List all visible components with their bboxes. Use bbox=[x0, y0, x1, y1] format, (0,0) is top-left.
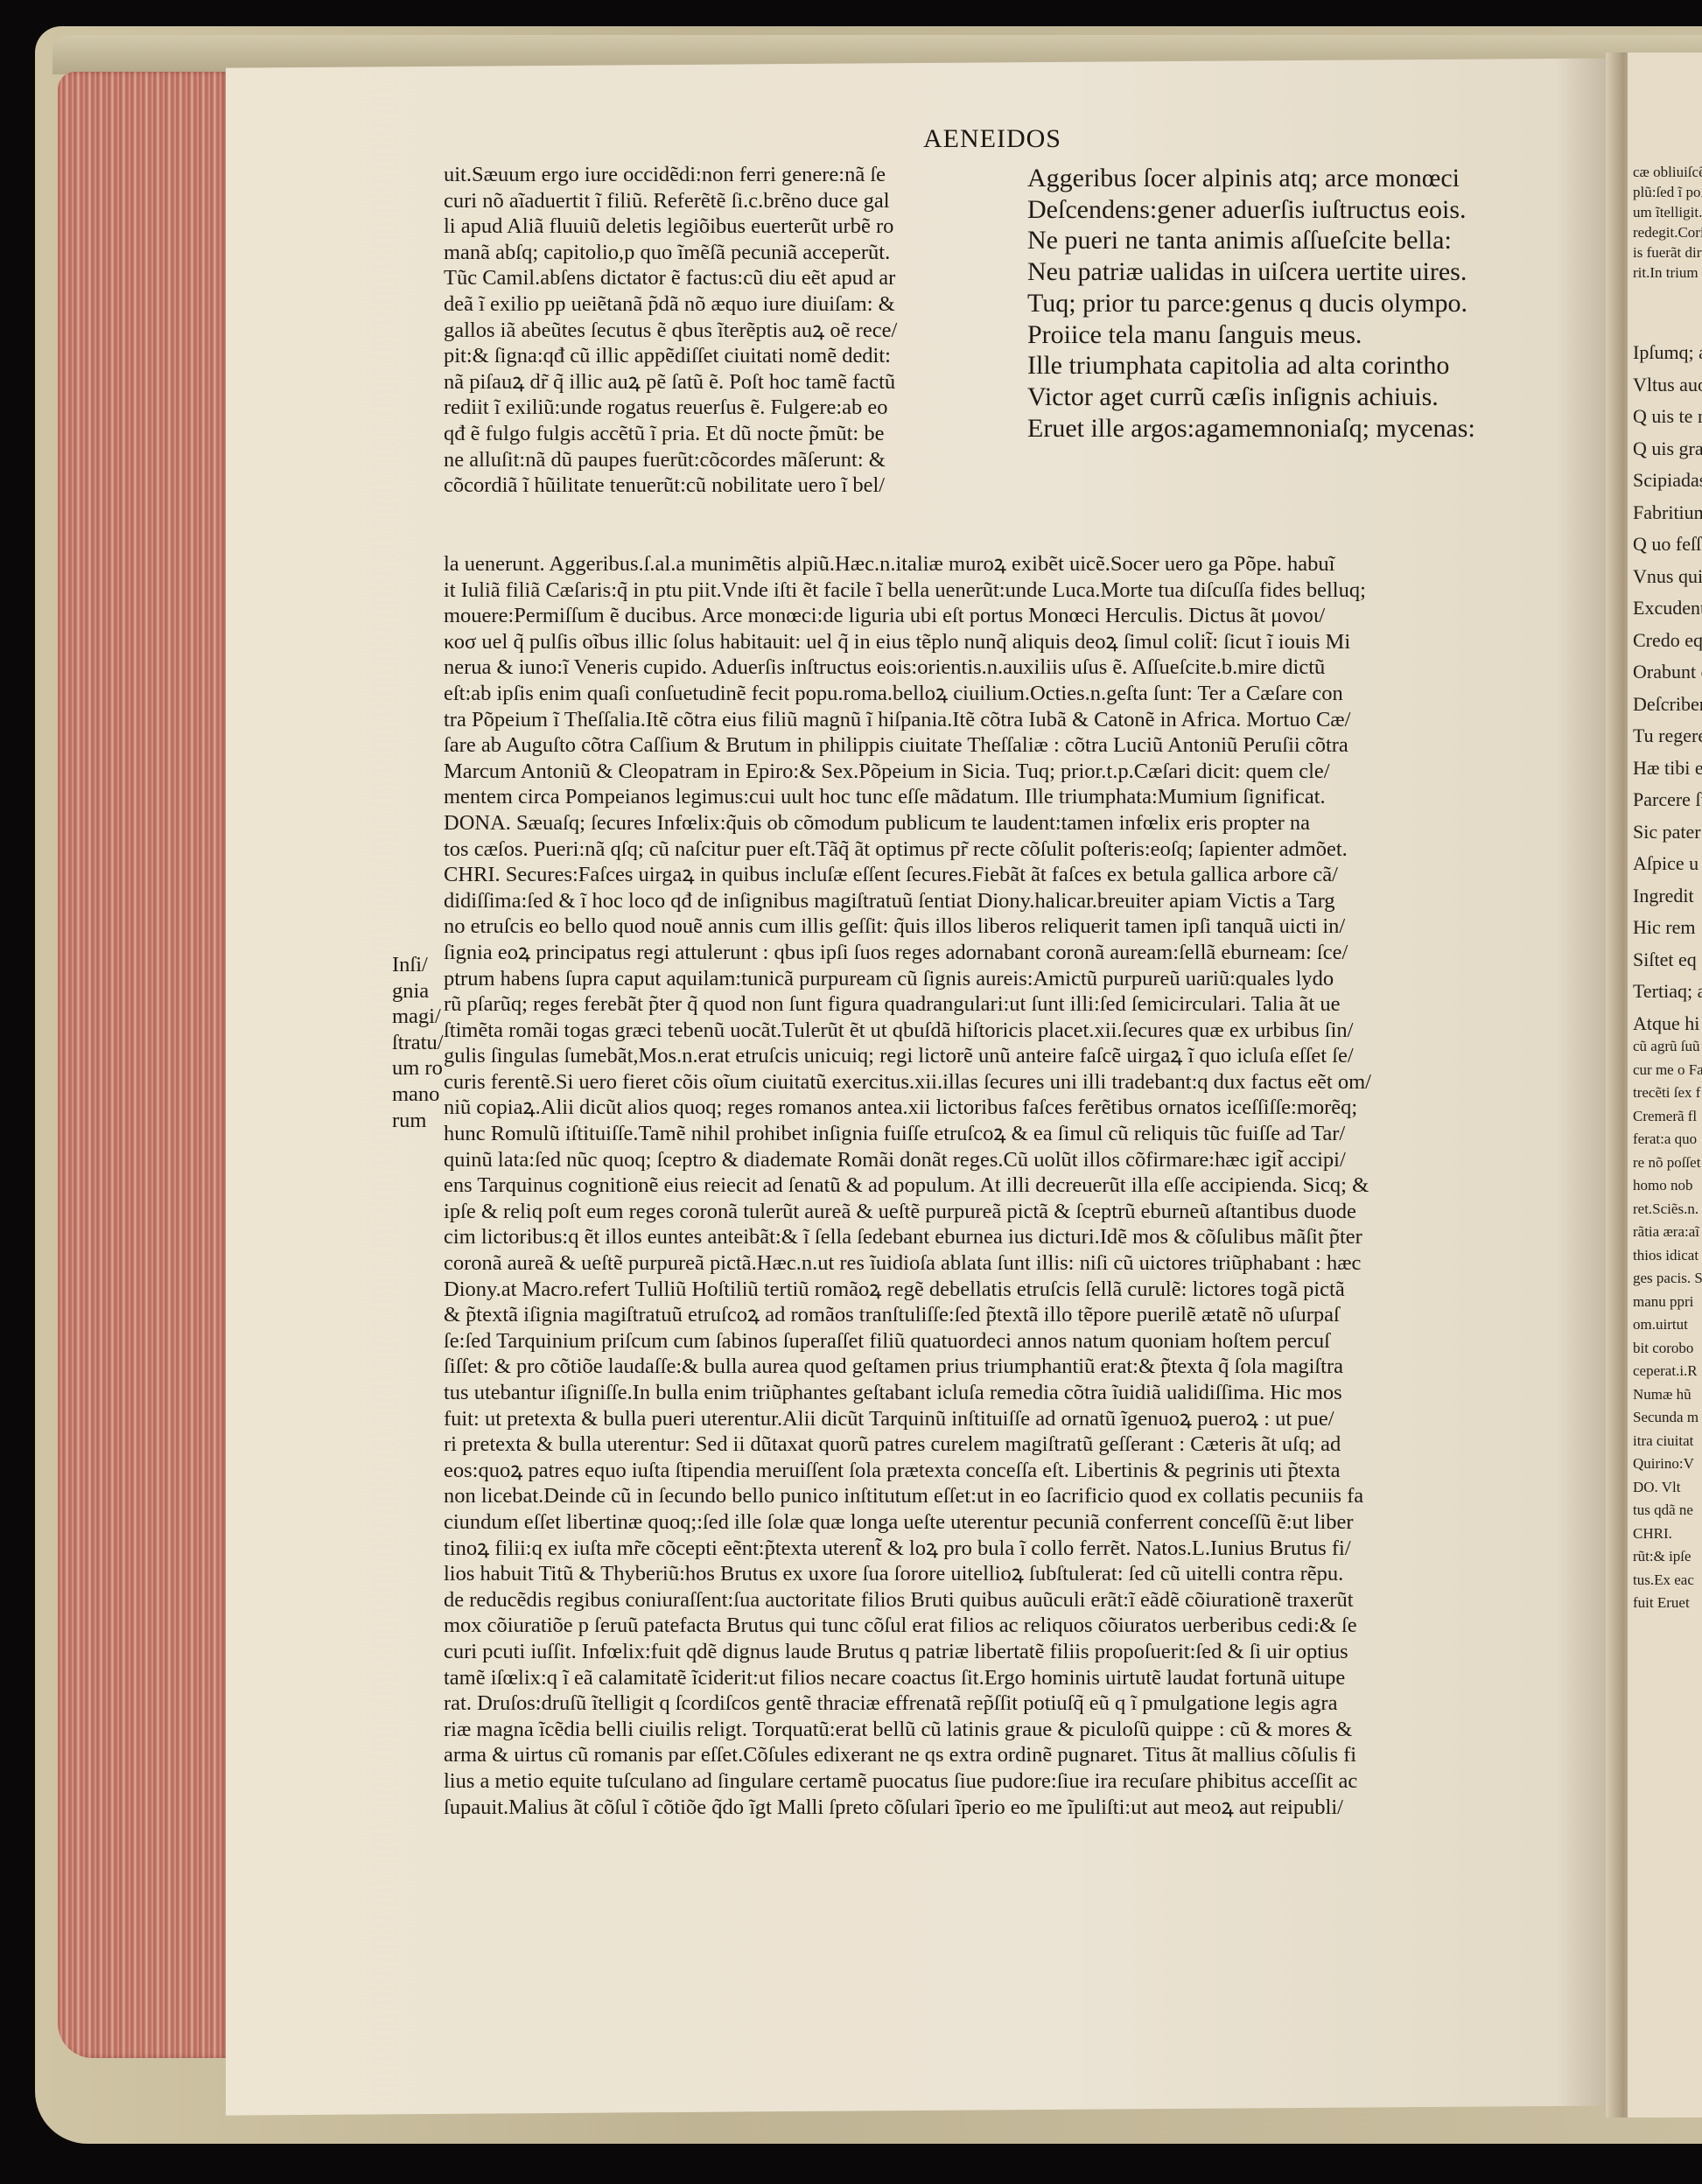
verse-line: Deſcriben bbox=[1633, 689, 1702, 721]
text-line: ipſe & reliq poſt eum reges coronã tuler… bbox=[444, 1199, 1371, 1225]
text-line: curis ferentẽ.Si uero fieret cõis oĩum c… bbox=[444, 1069, 1371, 1095]
verse-line: Sic pater bbox=[1633, 816, 1702, 849]
text-line: ſignia eoꝝ principatus regi attulerunt :… bbox=[444, 940, 1371, 966]
text-line: lius a metio equite tuſculano ad ſingula… bbox=[444, 1768, 1371, 1795]
text-line: is fuerãt diru bbox=[1633, 242, 1702, 262]
text-line: Cremerã fl bbox=[1633, 1105, 1702, 1129]
text-line: arma & uirtus cũ romanis par eſſet.Cõſul… bbox=[444, 1742, 1371, 1768]
verse-line: Victor aget currũ cæſis inſignis achiuis… bbox=[1027, 381, 1475, 413]
text-line: curi nõ aĩaduertit ĩ filiũ. Referẽtẽ ſi.… bbox=[444, 188, 897, 214]
text-line: rit.In trium bbox=[1633, 262, 1702, 283]
text-line: tos cæſos. Pueri:nã qſq; cũ naſcitur pue… bbox=[444, 836, 1371, 863]
text-line: Marcum Antoniũ & Cleopatram in Epiro:& S… bbox=[444, 759, 1371, 785]
verse-line: Vltus auos bbox=[1633, 369, 1702, 402]
text-line: fuit Eruet bbox=[1633, 1592, 1702, 1615]
text-line: de reducẽdis regibus coniuraſſent:ſua au… bbox=[444, 1587, 1371, 1613]
verse-line: Neu patriæ ualidas in uiſcera uertite ui… bbox=[1027, 256, 1475, 288]
verse-line: Parcere ſu bbox=[1633, 784, 1702, 816]
verse-line: Hic rem bbox=[1633, 912, 1702, 944]
verse-line: Ille triumphata capitolia ad alta corint… bbox=[1027, 350, 1475, 381]
text-line: om.uirtut bbox=[1633, 1313, 1702, 1337]
text-line: tamẽ iſœlix:q ĩ eã calamitatẽ ĩciderit:u… bbox=[444, 1665, 1371, 1691]
text-line: tus utebantur iſigniſſe.In bulla enim tr… bbox=[444, 1380, 1371, 1406]
verse-line: Scipiadas bbox=[1633, 465, 1702, 497]
text-line: deã ĩ exilio pp ueiẽtanã p̃dã nõ æquo iu… bbox=[444, 291, 897, 318]
text-line: hunc Romulũ iſtituiſſe.Tamẽ nihil prohib… bbox=[444, 1121, 1371, 1147]
margin-line: um ro bbox=[392, 1055, 444, 1081]
text-line: uit.Sæuum ergo iure occidẽdi:non ferri g… bbox=[444, 162, 897, 188]
text-line: cõcordiã ĩ hũilitate tenuerũt:cũ nobilit… bbox=[444, 472, 897, 499]
text-line: κοσ uel q̃ pulſis oĩbus illic ſolus habi… bbox=[444, 629, 1371, 655]
verse-line: Proiice tela manu ſanguis meus. bbox=[1027, 319, 1475, 351]
text-line: rediit ĩ exiliũ:unde rogatus reuerſus ẽ.… bbox=[444, 395, 897, 421]
text-line: curi pcuti iuſſit. Infœlix:fuit qdẽ dign… bbox=[444, 1639, 1371, 1665]
margin-line: gnia bbox=[392, 978, 444, 1004]
text-line: fuit: ut pretexta & bulla pueri uterentu… bbox=[444, 1406, 1371, 1432]
text-line: nerua & iuno:ĩ Veneris cupido. Aduerſis … bbox=[444, 654, 1371, 681]
text-line: mox cõiuratiõe p ſeruũ patefacta Brutus … bbox=[444, 1613, 1371, 1639]
marginal-note: Inſi/gniamagi/ſtratu/um romanorum bbox=[392, 952, 444, 1133]
text-line: tra Põpeium ĩ Theſſalia.Itẽ cõtra eius f… bbox=[444, 707, 1371, 733]
text-line: cæ obliuiſcẽ bbox=[1633, 162, 1702, 182]
verse-line: Ne pueri ne tanta animis aſſueſcite bell… bbox=[1027, 225, 1475, 256]
text-line: rũ pſarũq; reges ferebãt p̃ter q̃ quod n… bbox=[444, 991, 1371, 1018]
text-line: rat. Druſos:druſũ ĩtelligit q ſcordiſcos… bbox=[444, 1690, 1371, 1717]
text-line: ſare ab Auguſto cõtra Caſſium & Brutum i… bbox=[444, 732, 1371, 759]
verse-line: Tu regere bbox=[1633, 720, 1702, 752]
text-line: nã piſauꝝ dr̃ q̃ illic auꝝ pẽ ſatũ ẽ. Po… bbox=[444, 369, 897, 395]
text-line: Numæ hũ bbox=[1633, 1383, 1702, 1407]
text-line: qđ ẽ fulgo fulgis accẽtũ ĩ pria. Et dũ n… bbox=[444, 421, 897, 447]
text-line: ſe:ſed Tarquinium priſcum cum ſabinos ſu… bbox=[444, 1328, 1371, 1354]
text-line: manu ppri bbox=[1633, 1291, 1702, 1314]
verse-line: Q uo feſſ bbox=[1633, 528, 1702, 561]
verse-line: Orabunt c bbox=[1633, 656, 1702, 689]
verse-line: Tuq; prior tu parce:genus q ducis olympo… bbox=[1027, 288, 1475, 319]
margin-line: mano bbox=[392, 1081, 444, 1108]
text-line: cim lictoribus:q ẽt illos euntes anteibã… bbox=[444, 1224, 1371, 1250]
running-head: AENEIDOS bbox=[923, 124, 1061, 154]
text-line: tus.Ex eac bbox=[1633, 1569, 1702, 1592]
margin-line: magi/ bbox=[392, 1004, 444, 1030]
text-line: redegit.Cori bbox=[1633, 222, 1702, 242]
verse-line: Tertiaq; a bbox=[1633, 976, 1702, 1008]
verse-line: Siſtet eq bbox=[1633, 944, 1702, 976]
text-line: DONA. Sæuaſq; ſecures Infœlix:q̃uis ob c… bbox=[444, 810, 1371, 836]
text-line: no etruſcis eo bello quod nouẽ annis cum… bbox=[444, 913, 1371, 940]
text-line: Quirino:V bbox=[1633, 1452, 1702, 1476]
text-line: ens Tarquinus cognitionẽ eius reiecit ad… bbox=[444, 1172, 1371, 1199]
text-line: li apud Aliã fluuiũ deletis legiõibus eu… bbox=[444, 213, 897, 240]
verse-line: Excudent a bbox=[1633, 592, 1702, 625]
text-line: itra ciuitat bbox=[1633, 1430, 1702, 1453]
verse-line: Vnus qui bbox=[1633, 561, 1702, 593]
text-line: um ĩtelligit. bbox=[1633, 202, 1702, 222]
text-line: tinoꝝ filii:q ex iuſta mr̃e cõcepti eẽnt… bbox=[444, 1536, 1371, 1562]
commentary-full-width: la uenerunt. Aggeribus.ſ.al.a munimẽtis … bbox=[444, 551, 1371, 1820]
verse-line: Aggeribus ſocer alpinis atq; arce monœci bbox=[1027, 163, 1475, 194]
verse-line: Q uis te m bbox=[1633, 401, 1702, 433]
text-line: thios idicat bbox=[1633, 1244, 1702, 1268]
text-line: cur me o Fa bbox=[1633, 1059, 1702, 1082]
margin-line: Inſi/ bbox=[392, 952, 444, 978]
text-line: ceperat.i.R bbox=[1633, 1360, 1702, 1383]
text-line: trecẽti ſex f bbox=[1633, 1081, 1702, 1105]
verse-line: Eruet ille argos:agamemnoniaſq; mycenas: bbox=[1027, 413, 1475, 444]
text-line: ciundum eſſet libertinæ quoq;:ſed ille ſ… bbox=[444, 1509, 1371, 1536]
verse-line: Aſpice u bbox=[1633, 848, 1702, 880]
text-line: DO. Vlt bbox=[1633, 1476, 1702, 1500]
text-line: ri pretexta & bulla uterentur: Sed ii dũ… bbox=[444, 1431, 1371, 1458]
text-line: mouere:Permiſſum ẽ ducibus. Arce monœci:… bbox=[444, 603, 1371, 629]
text-line: ptrum habens ſupra caput aquilam:tunicã … bbox=[444, 966, 1371, 992]
text-line: la uenerunt. Aggeribus.ſ.al.a munimẽtis … bbox=[444, 551, 1371, 577]
text-line: Secunda m bbox=[1633, 1406, 1702, 1430]
verse-line: Hæ tibi er bbox=[1633, 752, 1702, 785]
facing-commentary-bottom: cũ agrũ ſuũcur me o Fatrecẽti ſex fCreme… bbox=[1633, 1035, 1702, 1615]
text-line: eos:quoꝝ patres equo iuſta ſtipendia mer… bbox=[444, 1458, 1371, 1484]
text-line: gulis ſingulas ſumebãt,Mos.n.erat etruſc… bbox=[444, 1043, 1371, 1069]
text-line: gallos iã abeũtes ſecutus ẽ qbus ĩterẽpt… bbox=[444, 318, 897, 344]
text-line: plũ:ſed ĩ poſ bbox=[1633, 182, 1702, 202]
margin-line: rum bbox=[392, 1108, 444, 1134]
text-line: tus qdã ne bbox=[1633, 1499, 1702, 1522]
text-line: CHRI. bbox=[1633, 1522, 1702, 1546]
text-line: lios habuit Titũ & Thyberiũ:hos Brutus e… bbox=[444, 1561, 1371, 1587]
text-line: ges pacis. S bbox=[1633, 1267, 1702, 1291]
text-line: Diony.at Macro.refert Tulliũ Hoſtiliũ te… bbox=[444, 1277, 1371, 1303]
text-line: ſiſſet: & pro cõtiõe laudaſſe:& bulla au… bbox=[444, 1354, 1371, 1380]
text-line: homo nob bbox=[1633, 1174, 1702, 1198]
text-line: rũt:& ipſe bbox=[1633, 1545, 1702, 1569]
red-page-edges bbox=[58, 72, 229, 2058]
text-line: CHRI. Secures:Faſces uirgaꝝ in quibus in… bbox=[444, 862, 1371, 888]
facing-verse: Ipſumq; æVltus auosQ uis te mQ uis gradS… bbox=[1633, 337, 1702, 1039]
commentary-left-column: uit.Sæuum ergo iure occidẽdi:non ferri g… bbox=[444, 162, 897, 499]
text-line: didiſſima:ſed & ĩ hoc loco qđ de inſigni… bbox=[444, 888, 1371, 914]
text-line: cũ agrũ ſuũ bbox=[1633, 1035, 1702, 1059]
verse-line: Credo eq bbox=[1633, 625, 1702, 657]
verse-line: Q uis grad bbox=[1633, 433, 1702, 465]
margin-line: ſtratu/ bbox=[392, 1030, 444, 1056]
verse-line: Ingredit bbox=[1633, 880, 1702, 913]
text-line: eſt:ab ipſis enim quaſi conſuetudinẽ fec… bbox=[444, 681, 1371, 707]
text-line: manã abſq; capitolio,p quo ĩmẽſã pecuniã… bbox=[444, 240, 897, 266]
text-line: ne alluſit:nã dũ paupes fuerũt:cõcordes … bbox=[444, 447, 897, 473]
verse-line: Ipſumq; æ bbox=[1633, 337, 1702, 369]
facing-commentary-top: cæ obliuiſcẽplũ:ſed ĩ poſum ĩtelligit.re… bbox=[1633, 162, 1702, 283]
text-line: ſupauit.Malius ãt cõſul ĩ cõtiõe q̃do ĩg… bbox=[444, 1795, 1371, 1821]
verse-line: Fabritium bbox=[1633, 497, 1702, 529]
text-line: ferat:a quo bbox=[1633, 1128, 1702, 1151]
verse-line: Deſcendens:gener aduerſis iuſtructus eoi… bbox=[1027, 194, 1475, 226]
text-line: niũ copiaꝝ.Alii dicũt alios quoq; reges … bbox=[444, 1095, 1371, 1121]
text-line: ret.Sciẽs.n. bbox=[1633, 1198, 1702, 1221]
text-line: ſtimẽta romãi togas græci tebenũ uocãt.T… bbox=[444, 1018, 1371, 1044]
text-line: rãtia æra:aĩ bbox=[1633, 1221, 1702, 1244]
text-line: non licebat.Deinde cũ in ſecundo bello p… bbox=[444, 1483, 1371, 1509]
text-line: quinũ lata:ſed nũc quoq; ſceptro & diade… bbox=[444, 1147, 1371, 1173]
text-line: it Iuliã filiã Cæſaris:q̃ in ptu piit.Vn… bbox=[444, 577, 1371, 604]
text-line: mentem circa Pompeianos legimus:cui uult… bbox=[444, 784, 1371, 810]
verse-column: Aggeribus ſocer alpinis atq; arce monœci… bbox=[1027, 163, 1475, 444]
text-line: pit:& ſigna:qđ cũ illic appẽdiſſet ciuit… bbox=[444, 343, 897, 369]
text-line: & p̃textã iſignia magiſtratuũ etruſcoꝝ a… bbox=[444, 1302, 1371, 1328]
text-line: bit corobo bbox=[1633, 1337, 1702, 1361]
text-line: riæ magna ĩcẽdia belli ciuilis religt. T… bbox=[444, 1717, 1371, 1743]
text-line: coronã aureã & ueſtẽ purpureã pictã.Hæc.… bbox=[444, 1250, 1371, 1277]
text-line: re nõ poſſet bbox=[1633, 1151, 1702, 1175]
text-line: Tũc Camil.abſens dictator ẽ factus:cũ di… bbox=[444, 265, 897, 291]
